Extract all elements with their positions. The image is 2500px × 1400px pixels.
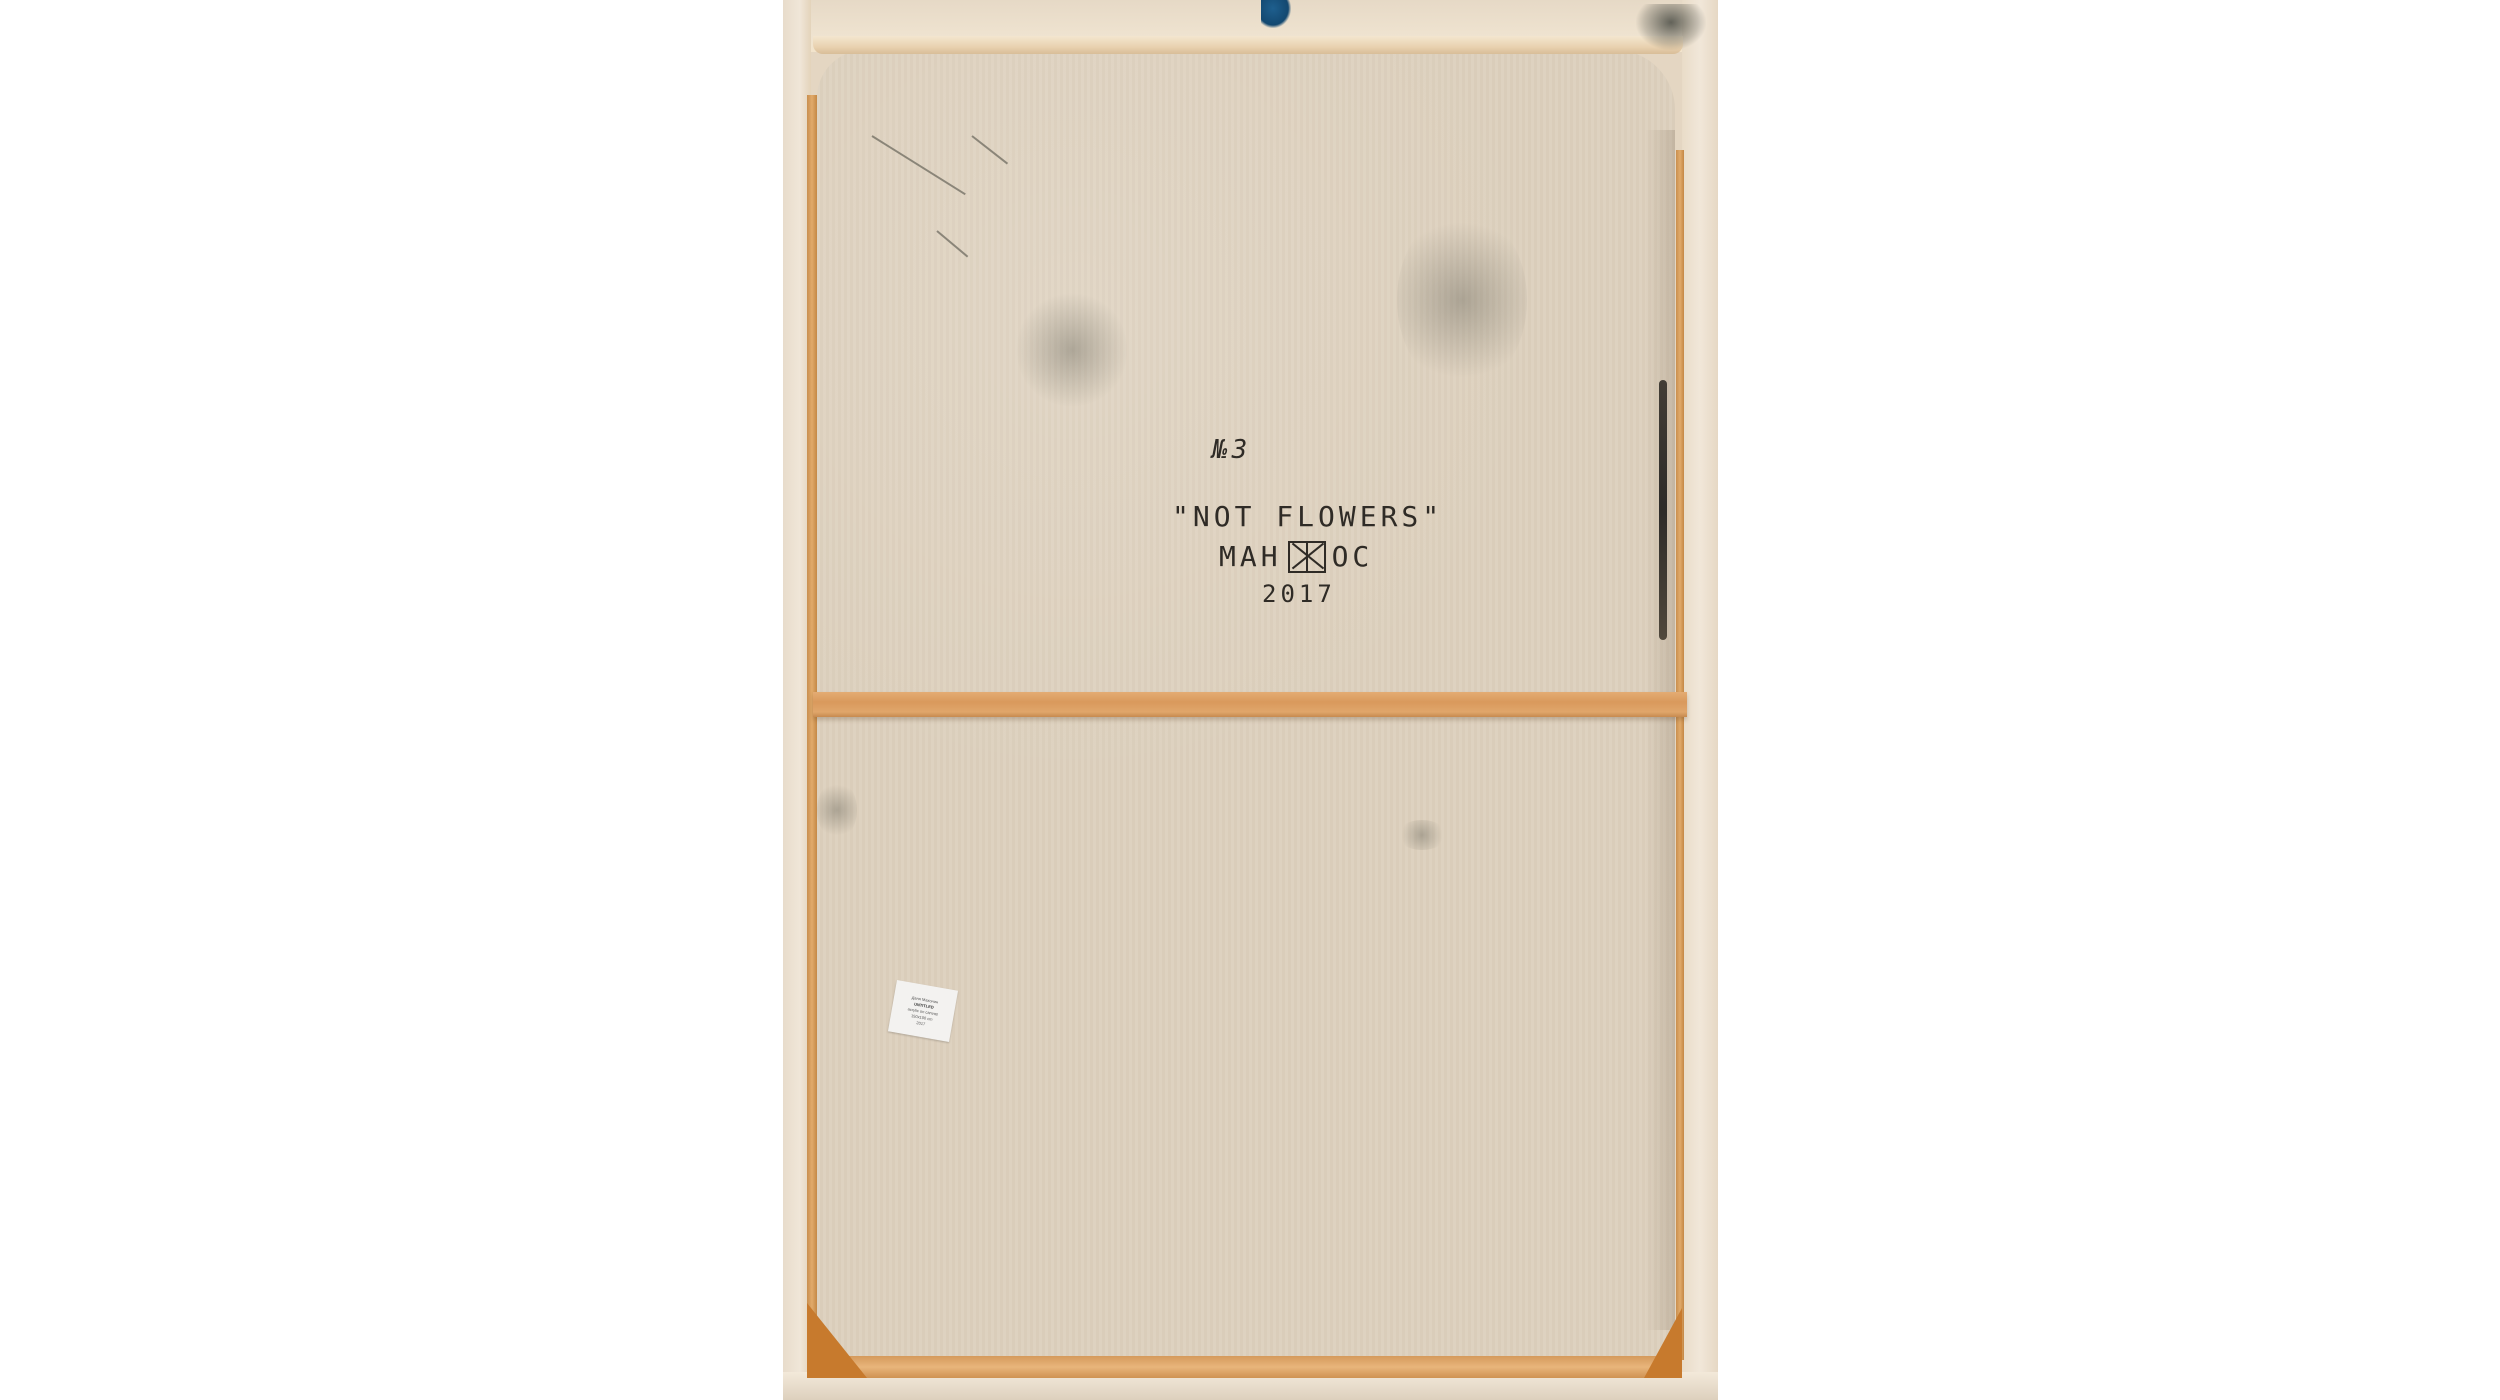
canvas-back: №3 "NOT FLOWERS" MAH OC 2017 Даня Махони… [783, 0, 1718, 1400]
stretcher-crossbar [813, 692, 1687, 717]
speckle-cluster [1017, 290, 1127, 410]
inscription-year: 2017 [1262, 580, 1336, 608]
inscription-signature: MAH OC [1219, 540, 1373, 573]
left-stretcher-bar [807, 95, 817, 1365]
artwork-label-sticker: Даня Махонин UNTITLED acrylic on canvas … [888, 980, 958, 1042]
edge-shadow [1645, 130, 1675, 1330]
scratch-mark [971, 135, 1008, 164]
signature-prefix: MAH [1219, 540, 1282, 573]
right-stretcher-bar [1676, 150, 1684, 1360]
scratch-mark [936, 230, 968, 257]
inscription-title: "NOT FLOWERS" [1172, 500, 1443, 533]
speckle-cluster [1397, 210, 1527, 390]
blue-paint-drip [1261, 0, 1291, 28]
corner-key-bottom-right [1644, 1308, 1682, 1378]
dark-paint-smudge [1636, 4, 1706, 50]
dark-stain [1659, 380, 1667, 640]
bottom-stretcher-bar [833, 1356, 1668, 1378]
inscription-number: №3 [1212, 435, 1251, 465]
scratch-mark [871, 135, 965, 195]
right-folded-edge [1682, 0, 1718, 1400]
signature-suffix: OC [1332, 540, 1374, 573]
speckle-cluster [1397, 820, 1447, 850]
frayed-canvas-edge [813, 36, 1683, 54]
speckle-cluster [817, 780, 857, 840]
signature-box-glyph-icon [1288, 541, 1326, 573]
corner-key-bottom-left [807, 1303, 867, 1378]
label-line: 2017 [916, 1020, 926, 1026]
